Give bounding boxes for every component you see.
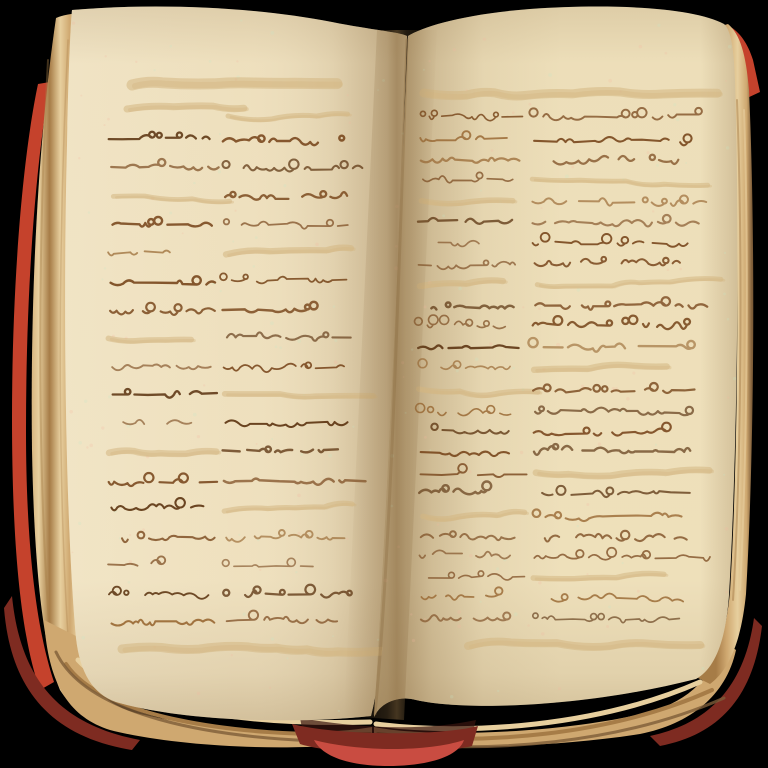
open-book-illustration: [0, 0, 768, 768]
scene: [0, 0, 768, 768]
